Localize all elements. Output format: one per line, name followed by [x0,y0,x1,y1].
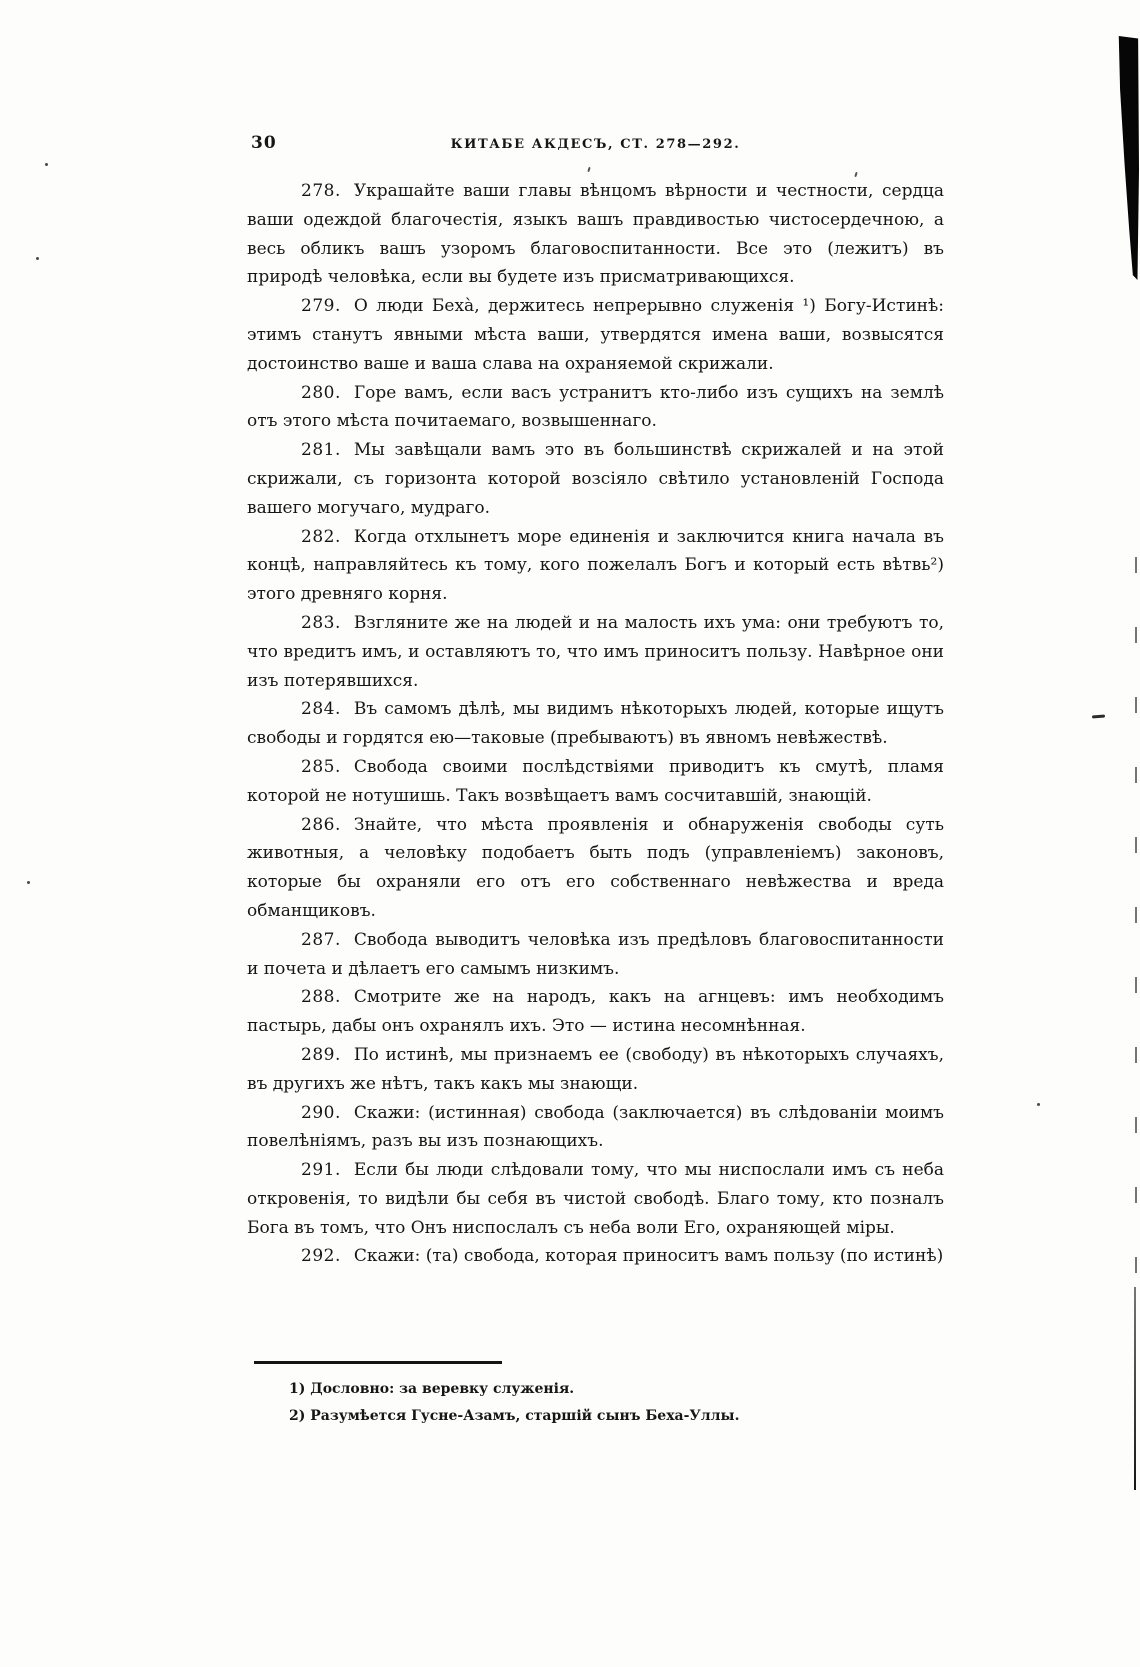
paragraph: 281.Мы завѣщали вамъ это въ большинствѣ … [247,436,944,522]
scan-speck [27,881,30,884]
paragraph: 279.О люди Беха̀, держитесь непрерывно с… [247,292,944,378]
paragraph-number: 292. [301,1246,354,1266]
footnote-separator-rule [254,1361,502,1364]
paragraph: 283.Взгляните же на людей и на малость и… [247,609,944,695]
scan-speck [36,257,39,260]
scan-artifact-edge-line-solid [1134,1287,1136,1490]
footnotes-block: 1) Дословно: за веревку служенія. 2) Раз… [247,1376,944,1430]
scan-speck [587,167,590,172]
paragraph-number: 284. [301,699,354,719]
paragraph: 288.Смотрите же на народъ, какъ на агнце… [247,983,944,1041]
paragraph: 287.Свобода выводитъ человѣка изъ предѣл… [247,926,944,984]
paragraph: 286.Знайте, что мѣста проявленія и обнар… [247,811,944,926]
paragraph: 280.Горе вамъ, если васъ устранитъ кто-л… [247,379,944,437]
paragraph: 278.Украшайте ваши главы вѣнцомъ вѣрност… [247,177,944,292]
scan-speck [45,163,48,166]
paragraph-number: 279. [301,296,354,316]
paragraph-number: 287. [301,930,354,950]
footnote: 1) Дословно: за веревку служенія. [247,1376,944,1403]
scan-artifact-edge-line [1135,557,1137,1287]
paragraph-number: 278. [301,181,354,201]
paragraph: 292.Скажи: (та) свобода, которая приноси… [247,1242,944,1271]
paragraph-number: 280. [301,383,354,403]
body-text: 278.Украшайте ваши главы вѣнцомъ вѣрност… [247,177,944,1271]
footnote: 2) Разумѣется Гусне-Азамъ, старшій сынъ … [247,1403,944,1430]
paragraph-number: 290. [301,1103,354,1123]
paragraph: 285.Свобода своими послѣдствіями приводи… [247,753,944,811]
paragraph: 282.Когда отхлынетъ море единенія и закл… [247,523,944,609]
paragraph-number: 288. [301,987,354,1007]
scan-speck [1037,1103,1040,1106]
paragraph-number: 286. [301,815,354,835]
paragraph-number: 291. [301,1160,354,1180]
paragraph-number: 281. [301,440,354,460]
paragraph: 290.Скажи: (истинная) свобода (заключает… [247,1099,944,1157]
paragraph-number: 282. [301,527,354,547]
paragraph: 291.Если бы люди слѣдовали тому, что мы … [247,1156,944,1242]
scan-artifact-blob [1117,36,1139,280]
scanned-book-page: 30 КИТАБЕ АКДЕСЪ, СТ. 278—292. 278.Украш… [0,0,1140,1667]
paragraph-text: Скажи: (та) свобода, которая приноситъ в… [354,1246,943,1266]
paragraph-number: 289. [301,1045,354,1065]
running-header: КИТАБЕ АКДЕСЪ, СТ. 278—292. [247,137,944,152]
paragraph: 289.По истинѣ, мы признаемъ ее (свободу)… [247,1041,944,1099]
paragraph-number: 285. [301,757,354,777]
paragraph-number: 283. [301,613,354,633]
paragraph: 284.Въ самомъ дѣлѣ, мы видимъ нѣкоторыхъ… [247,695,944,753]
scan-artifact-dash [1092,715,1105,719]
